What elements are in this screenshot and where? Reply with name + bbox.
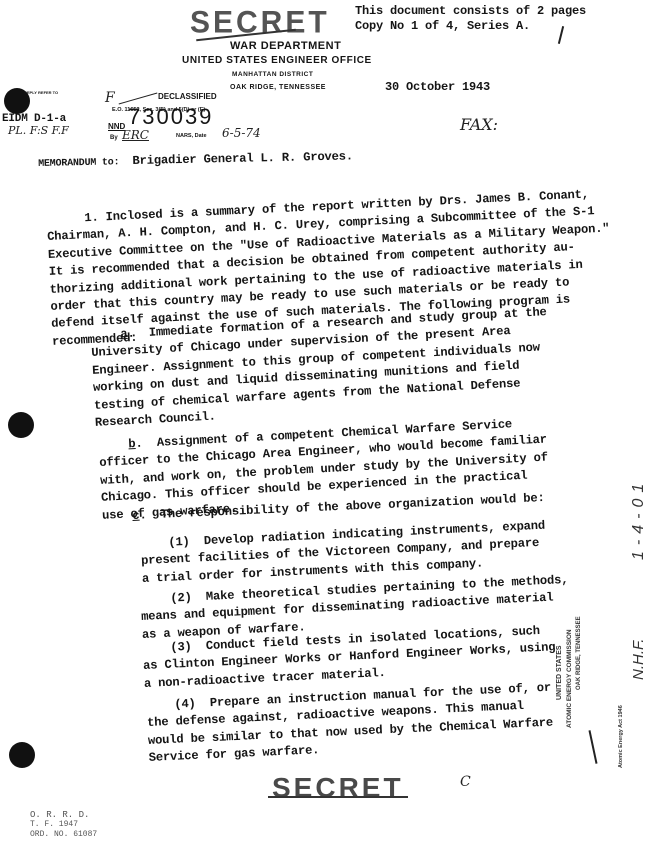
declass-slash-mark: F bbox=[105, 90, 115, 106]
item-a-period: . bbox=[127, 326, 149, 341]
secret-stamp-top: SECRET bbox=[190, 5, 330, 41]
handwritten-initials: N.H.F. bbox=[630, 639, 647, 680]
memo-to-line: MEMORANDUM to: Brigadier General L. R. G… bbox=[38, 149, 353, 170]
copy-line-2: Copy No 1 of 4, Series A. bbox=[355, 19, 530, 33]
archive-line-2: T. F. 1947 bbox=[30, 820, 97, 830]
office-name: UNITED STATES ENGINEER OFFICE bbox=[182, 55, 372, 66]
archive-note: O. R. R. D. T. F. 1947 ORD. NO. 61087 bbox=[30, 810, 97, 840]
subitem-3-marker: (3) bbox=[170, 640, 192, 655]
punch-hole-bottom bbox=[9, 742, 35, 768]
aec-stamp-line-4: Atomic Energy Act 1946 bbox=[618, 705, 624, 768]
copy-line-1: This document consists of 2 pages bbox=[355, 4, 586, 18]
declass-label: DECLASSIFIED bbox=[158, 92, 217, 101]
reply-note: REPLY REFER TO bbox=[24, 90, 58, 95]
memo-recipient: Brigadier General L. R. Groves. bbox=[132, 149, 353, 168]
archive-line-3: ORD. NO. 61087 bbox=[30, 830, 97, 840]
copy-slash-mark bbox=[558, 26, 564, 44]
district-name: MANHATTAN DISTRICT bbox=[232, 71, 313, 78]
aec-stamp-line-3: OAK RIDGE, TENNESSEE bbox=[576, 616, 582, 690]
declass-strike bbox=[119, 93, 158, 105]
fax-note: FAX: bbox=[460, 115, 498, 134]
department-name: WAR DEPARTMENT bbox=[230, 40, 341, 52]
handwritten-margin-note: PL. F:S F.F bbox=[8, 124, 69, 137]
memo-to-label: MEMORANDUM to: bbox=[38, 157, 119, 170]
memo-date: 30 October 1943 bbox=[385, 80, 490, 94]
declass-date: 6-5-74 bbox=[222, 126, 261, 140]
declass-initials: ERC bbox=[122, 128, 149, 142]
aec-stamp-line-2: ATOMIC ENERGY COMMISSION bbox=[566, 629, 573, 728]
stamp-text: SECRET bbox=[272, 772, 404, 803]
bottom-mark: C bbox=[460, 774, 471, 790]
declass-nars-label: NARS, Date bbox=[176, 133, 207, 139]
archive-line-1: O. R. R. D. bbox=[30, 810, 97, 820]
location-name: OAK RIDGE, TENNESSEE bbox=[230, 84, 326, 91]
margin-bracket-line bbox=[588, 730, 597, 764]
punch-hole-middle bbox=[8, 412, 34, 438]
subitem-2-marker: (2) bbox=[170, 591, 192, 606]
subitem-4-marker: (4) bbox=[174, 697, 196, 712]
stamp-text: SECRET bbox=[190, 5, 330, 40]
subitem-4: (4) Prepare an instruction manual for th… bbox=[146, 680, 554, 768]
secret-stamp-bottom: SECRET bbox=[272, 772, 404, 804]
item-c-period: . bbox=[139, 508, 161, 523]
item-b-period: . bbox=[135, 436, 157, 451]
handwritten-number: 1-4-01 bbox=[630, 478, 648, 560]
subitem-1-marker: (1) bbox=[168, 535, 190, 550]
declass-by-label: By bbox=[110, 135, 118, 141]
declass-number: 730039 bbox=[128, 104, 213, 130]
aec-stamp-line-1: UNITED STATES bbox=[556, 645, 563, 700]
bottom-stamp-strike bbox=[268, 796, 408, 798]
